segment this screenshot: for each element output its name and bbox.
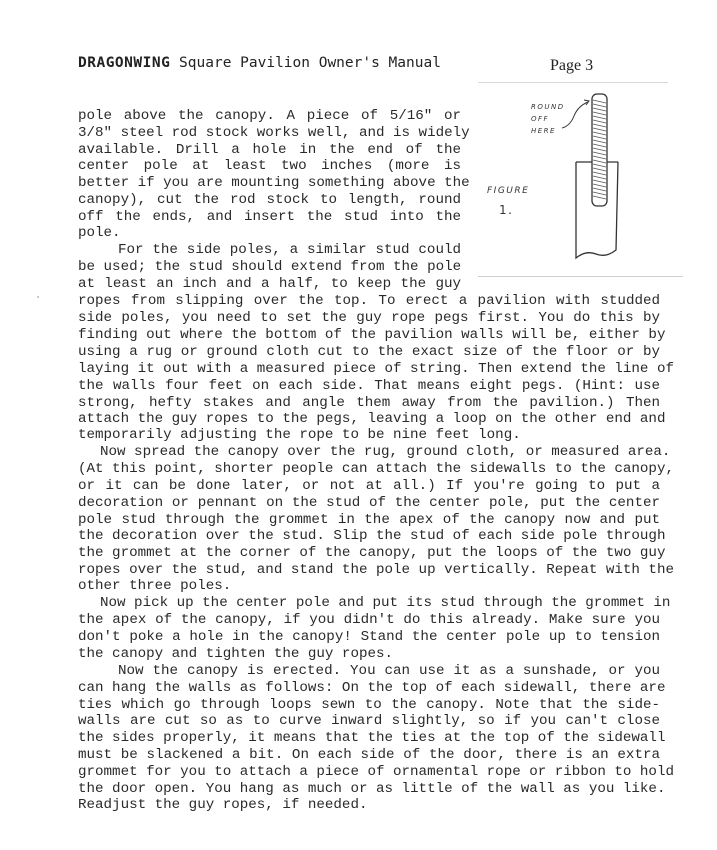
text-line: can hang the walls as follows: On the to…	[78, 680, 660, 696]
pole-stud-drawing	[478, 82, 688, 278]
text-line: the canopy and tighten the guy ropes.	[78, 646, 660, 662]
text-line: side poles, you need to set the guy rope…	[78, 310, 660, 326]
text-line: walls are cut so as to curve inward slig…	[78, 713, 660, 729]
text-line: ropes over the stud, and stand the pole …	[78, 562, 660, 578]
text-line: pole above the canopy. A piece of 5/16" …	[78, 108, 461, 124]
text-line: decoration or pennant on the stud of the…	[78, 495, 660, 511]
annotation-round: ROUND	[531, 103, 565, 111]
manual-title: DRAGONWING Square Pavilion Owner's Manua…	[78, 55, 441, 71]
figure-caption-word: FIGURE	[487, 186, 529, 196]
figure-border	[478, 276, 683, 277]
text-line: be used; the stud should extend from the…	[78, 259, 461, 275]
scan-speck	[37, 296, 39, 298]
text-line: canopy), cut the rod stock to length, ro…	[78, 192, 461, 208]
text-line: the sides properly, it means that the ti…	[78, 730, 660, 746]
text-line: temporarily adjusting the rope to be nin…	[78, 427, 660, 443]
text-line: attach the guy ropes to the pegs, leavin…	[78, 411, 660, 427]
text-line: the walls four feet on each side. That m…	[78, 378, 660, 394]
figure-caption-number: 1.	[499, 203, 513, 217]
page-number: Page 3	[550, 57, 593, 75]
text-line: grommet for you to attach a piece of orn…	[78, 764, 660, 780]
text-line: the grommet at the corner of the canopy,…	[78, 545, 660, 561]
text-line: center pole at least two inches (more is	[78, 158, 461, 174]
text-line: at least an inch and a half, to keep the…	[78, 276, 461, 292]
text-line: using a rug or ground cloth cut to the e…	[78, 344, 660, 360]
text-line: the door open. You hang as much or as li…	[78, 781, 660, 797]
text-line: available. Drill a hole in the end of th…	[78, 142, 461, 158]
text-line: Readjust the guy ropes, if needed.	[78, 797, 660, 813]
text-line: ties which go through loops sewn to the …	[78, 697, 660, 713]
brand-name: DRAGONWING	[78, 55, 170, 71]
text-line: Now pick up the center pole and put its …	[78, 595, 660, 611]
text-line: the decoration over the stud. Slip the s…	[78, 528, 660, 544]
text-line: (At this point, shorter people can attac…	[78, 461, 660, 477]
text-line: For the side poles, a similar stud could	[78, 242, 461, 258]
text-line: pole stud through the grommet in the ape…	[78, 512, 660, 528]
text-line: Now the canopy is erected. You can use i…	[78, 663, 660, 679]
text-line: 3/8" steel rod stock works well, and is …	[78, 125, 461, 141]
annotation-off: OFF	[531, 115, 549, 123]
text-line: must be slackened a bit. On each side of…	[78, 747, 660, 763]
text-line: ropes from slipping over the top. To ere…	[78, 293, 660, 309]
text-line: better if you are mounting something abo…	[78, 175, 461, 191]
text-line: laying it out with a measured piece of s…	[78, 361, 660, 377]
annotation-here: HERE	[531, 127, 556, 135]
text-line: finding out where the bottom of the pavi…	[78, 327, 660, 343]
text-line: the apex of the canopy, if you didn't do…	[78, 612, 660, 628]
manual-subtitle: Square Pavilion Owner's Manual	[170, 55, 441, 71]
text-line: strong, hefty stakes and angle them away…	[78, 395, 660, 411]
figure-1: ROUND OFF HERE FIGURE 1.	[478, 82, 688, 278]
text-line: or it can be done later, or not at all.)…	[78, 478, 660, 494]
text-line: don't poke a hole in the canopy! Stand t…	[78, 629, 660, 645]
text-line: pole.	[78, 225, 461, 241]
text-line: other three poles.	[78, 578, 660, 594]
text-line: off the ends, and insert the stud into t…	[78, 209, 461, 225]
text-line: Now spread the canopy over the rug, grou…	[78, 444, 660, 460]
